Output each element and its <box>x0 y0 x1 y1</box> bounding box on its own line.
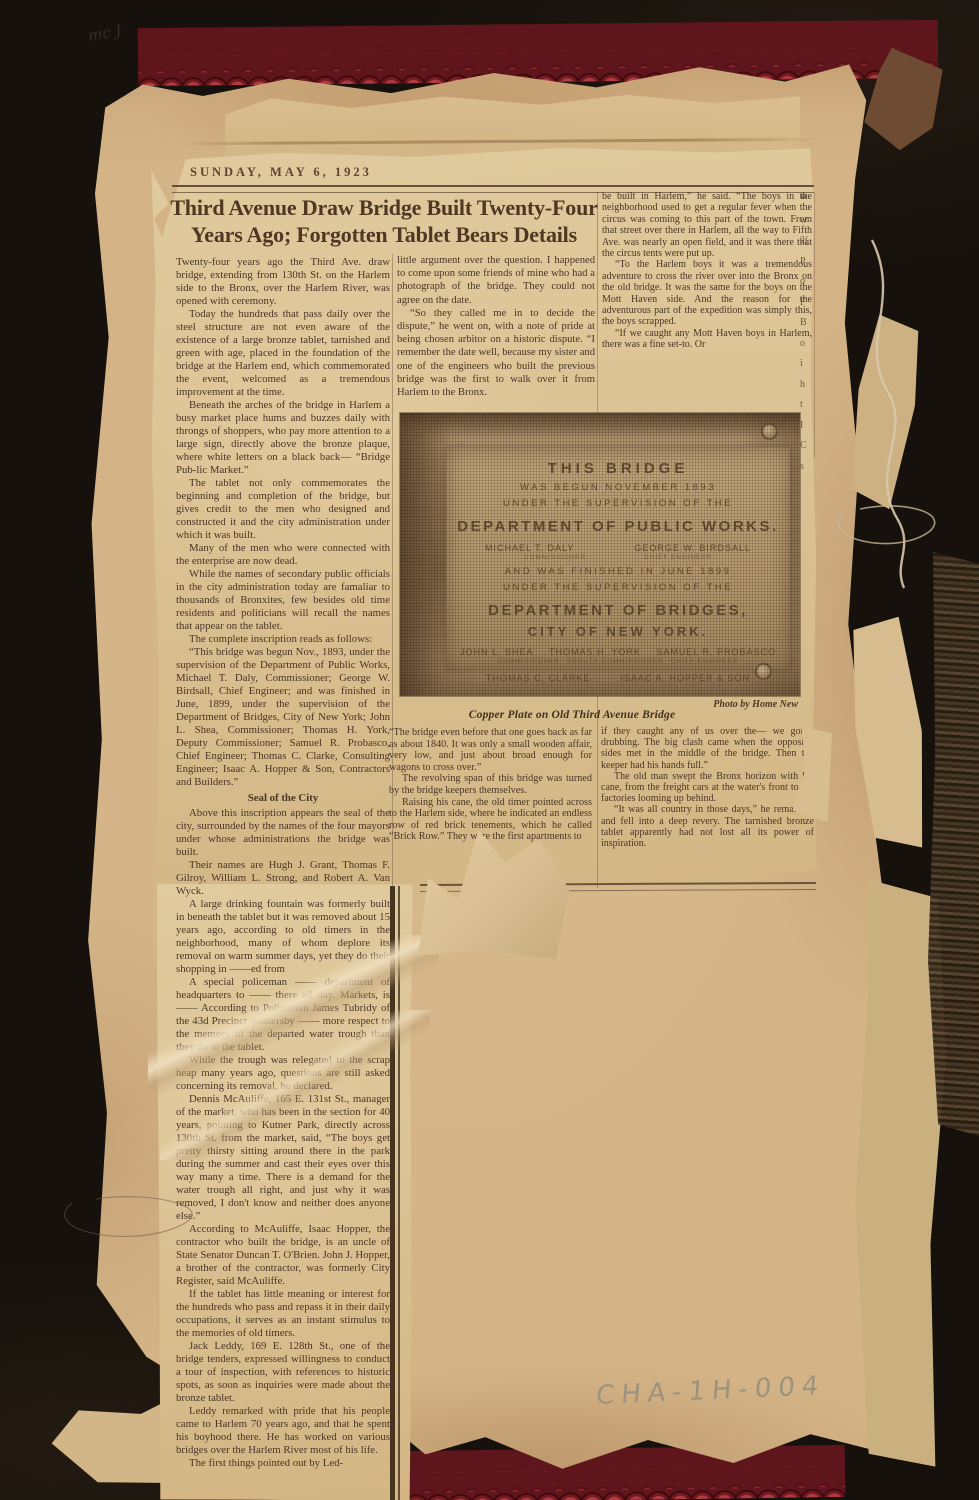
text-fragment: w <box>800 211 818 232</box>
article-paragraph: Above this inscription appears the seal … <box>176 807 390 859</box>
paper-fragment <box>845 313 926 511</box>
halftone-texture <box>400 413 800 696</box>
article-paragraph: Raising his cane, the old timer pointed … <box>389 797 592 843</box>
text-fragment: B <box>800 313 818 334</box>
article-paragraph: if they caught any of us over the— we go… <box>601 726 814 771</box>
article-paragraph: Beneath the arches of the bridge in Harl… <box>176 399 390 477</box>
article-paragraph: The tablet not only commemorates the beg… <box>176 477 390 542</box>
scrapbook-scan: SUNDAY, MAY 6, 1923 Third Avenue Draw Br… <box>0 0 979 1500</box>
article-column-2-top: little argument over the question. I hap… <box>397 254 595 406</box>
frayed-binding-fabric <box>928 552 979 1136</box>
tablet-photo: THIS BRIDGEWAS BEGUN NOVEMBER 1893UNDER … <box>400 413 800 696</box>
article-paragraph: “To the Harlem boys it was a tremendous … <box>602 259 812 327</box>
text-fragment: o <box>800 334 818 355</box>
headline: Third Avenue Draw Bridge Built Twenty-Fo… <box>168 194 600 248</box>
photo-caption: Copper Plate on Old Third Avenue Bridge <box>452 709 692 721</box>
article-paragraph: Their names are Hugh J. Grant, Thomas F.… <box>176 859 390 898</box>
text-fragment: C <box>800 436 818 457</box>
article-paragraph: Many of the men who were connected with … <box>176 542 390 568</box>
text-fragment: o <box>800 272 818 293</box>
text-fragment: h <box>800 375 818 396</box>
corner-handwriting: mc J <box>87 21 123 45</box>
text-fragment: F <box>800 293 818 314</box>
article-paragraph: A large drinking fountain was formerly b… <box>176 898 390 976</box>
article-column-1: Twenty-four years ago the Third Ave. dra… <box>176 256 390 1492</box>
article-paragraph: While the names of secondary public offi… <box>176 568 390 633</box>
article-paragraph: “So they called me in to decide the disp… <box>397 307 595 399</box>
article-paragraph: The revolving span of this bridge was tu… <box>389 773 592 796</box>
text-fragment: P <box>800 252 818 273</box>
article-paragraph: Today the hundreds that pass daily over … <box>176 308 390 399</box>
article-column-3-bottom: if they caught any of us over the— we go… <box>601 726 814 886</box>
text-fragment: t <box>800 395 818 416</box>
article-paragraph: The old man swept the Bronx horizon with… <box>601 771 814 805</box>
article-paragraph: A special policeman —— department of hea… <box>176 976 390 1054</box>
article-column-3-top: be built in Harlem,” he said. “The boys … <box>602 191 812 411</box>
marbled-book-edge-bottom <box>405 1445 846 1500</box>
article-paragraph: Dennis McAuliffe, 165 E. 131st St., mana… <box>176 1093 390 1223</box>
column-rule-vertical <box>390 886 403 1500</box>
article-paragraph: be built in Harlem,” he said. “The boys … <box>602 191 812 259</box>
headline-line1: Third Avenue Draw Bridge Built Twenty-Fo… <box>168 194 600 221</box>
article-paragraph: Jack Leddy, 169 E. 128th St., one of the… <box>176 1340 390 1405</box>
text-fragment: I <box>800 416 818 437</box>
article-paragraph: little argument over the question. I hap… <box>397 254 595 307</box>
text-fragment: “ <box>800 190 818 211</box>
headline-line2: Years Ago; Forgotten Tablet Bears Detail… <box>168 221 600 248</box>
article-paragraph: Twenty-four years ago the Third Ave. dra… <box>176 256 390 308</box>
article-paragraph: “If we caught any Mott Haven boys in Har… <box>602 328 812 351</box>
text-fragment: i <box>800 354 818 375</box>
article-paragraph: Leddy remarked with pride that his peopl… <box>176 1405 390 1457</box>
article-paragraph: “This bridge was begun Nov., 1893, under… <box>176 646 390 789</box>
article-paragraph: The first things pointed out by Led- <box>176 1457 390 1470</box>
article-paragraph: While the trough was relegated to the sc… <box>176 1054 390 1093</box>
article-paragraph: Seal of the City <box>176 792 390 805</box>
article-paragraph: “It was all country in those days,” he r… <box>601 804 814 849</box>
article-paragraph: “The bridge even before that one goes ba… <box>389 727 592 773</box>
article-paragraph: If the tablet has little meaning or inte… <box>176 1288 390 1340</box>
dateline: SUNDAY, MAY 6, 1923 <box>190 165 590 180</box>
article-paragraph: According to McAuliffe, Isaac Hopper, th… <box>176 1223 390 1288</box>
article-paragraph: The complete inscription reads as follow… <box>176 633 390 646</box>
text-fragment: s <box>800 457 818 478</box>
text-fragment: 2( <box>800 231 818 252</box>
